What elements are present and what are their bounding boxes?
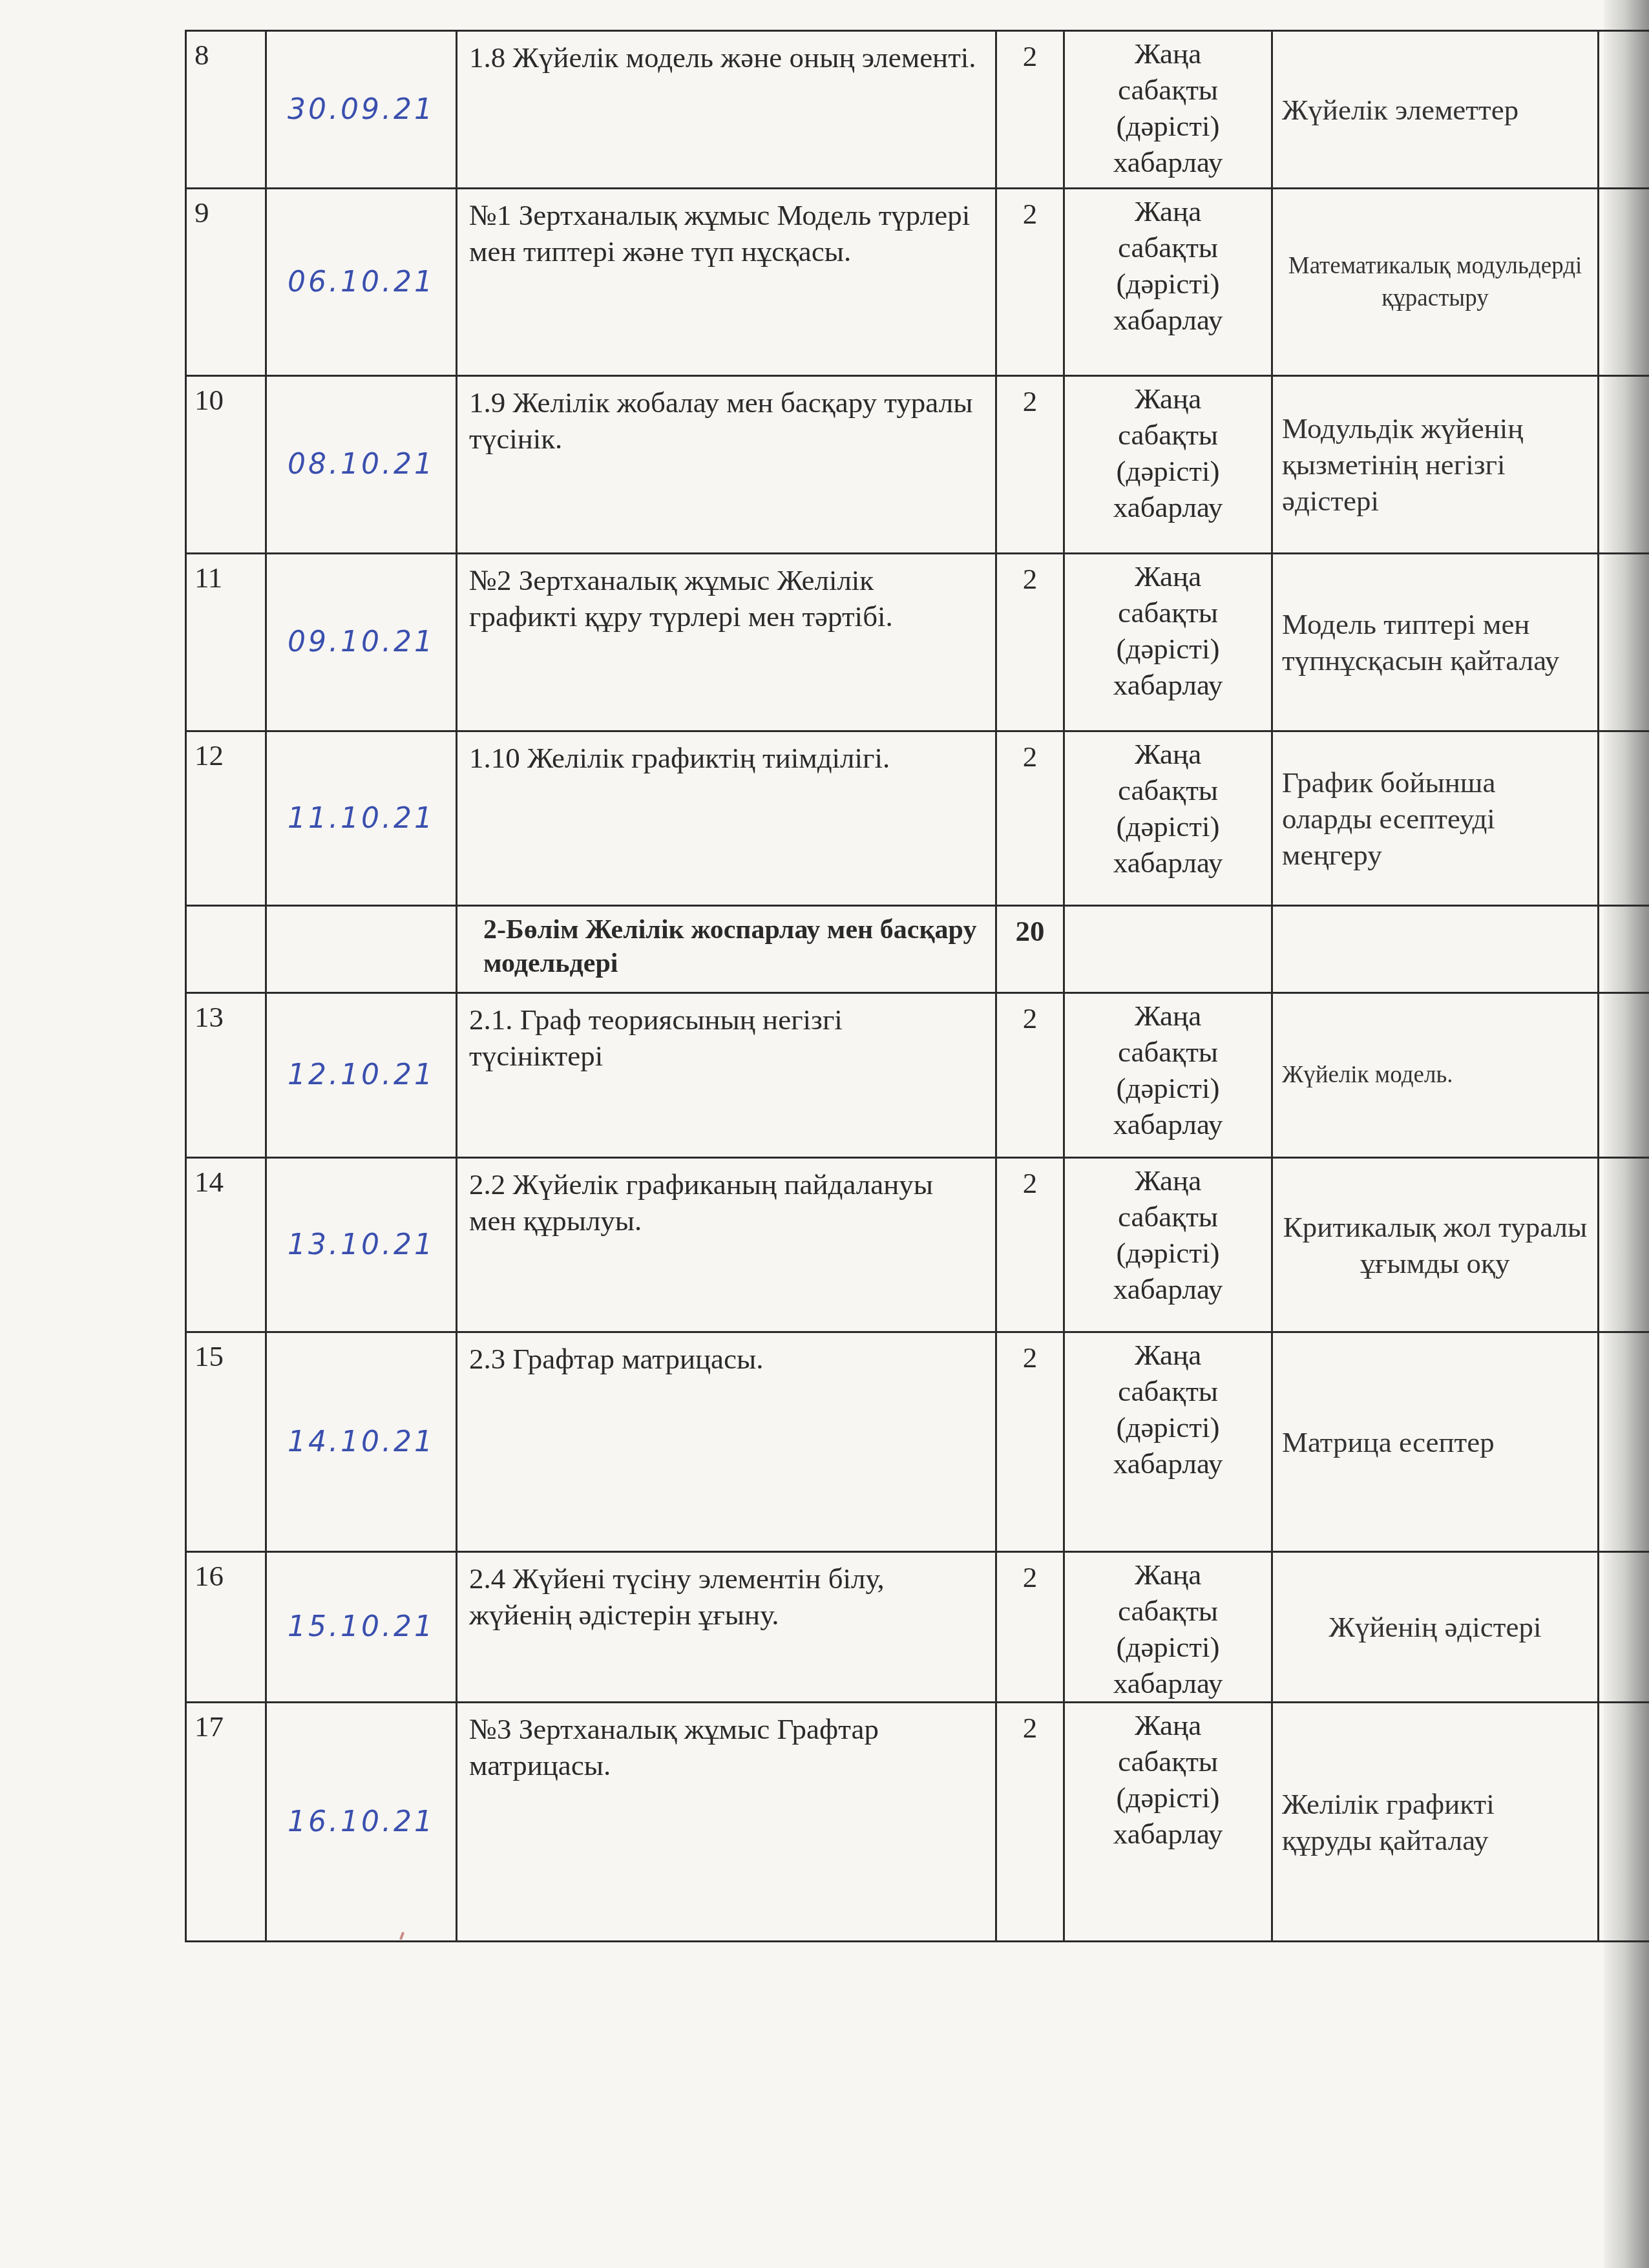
lesson-number: 8 <box>186 31 266 189</box>
table-row: 1211.10.211.10 Желілік графиктің тиімділ… <box>186 731 1649 906</box>
teaching-method: Жаңасабақты(дәрісті)хабарлау <box>1064 1332 1272 1552</box>
lesson-topic: 1.9 Желілік жобалау мен басқару туралы т… <box>457 376 996 554</box>
independent-task: Жүйелік элеметтер <box>1272 31 1599 189</box>
teaching-method: Жаңасабақты(дәрісті)хабарлау <box>1064 554 1272 731</box>
table-row: 1413.10.212.2 Жүйелік графиканың пайдала… <box>186 1158 1649 1332</box>
lesson-topic: 1.8 Жүйелік модель және оның элементі. <box>457 31 996 189</box>
empty-extra-cell <box>1599 1158 1649 1332</box>
method-line: сабақты <box>1065 1199 1271 1235</box>
hours-count: 2 <box>996 189 1064 376</box>
handwritten-date: 11.10.21 <box>266 731 457 906</box>
hours-count: 2 <box>996 1158 1064 1332</box>
lesson-number: 12 <box>186 731 266 906</box>
hours-count: 2 <box>996 731 1064 906</box>
handwritten-date: 06.10.21 <box>266 189 457 376</box>
independent-task: Критикалық жол туралы ұғымды оқу <box>1272 1158 1599 1332</box>
table-row: 1514.10.212.3 Графтар матрицасы.2Жаңасаб… <box>186 1332 1649 1552</box>
teaching-method: Жаңасабақты(дәрісті)хабарлау <box>1064 1158 1272 1332</box>
method-line: (дәрісті) <box>1065 1629 1271 1665</box>
method-line: (дәрісті) <box>1065 808 1271 845</box>
empty-cell <box>1064 906 1272 993</box>
independent-task: Математикалық модульдерді құрастыру <box>1272 189 1599 376</box>
method-line: сабақты <box>1065 594 1271 631</box>
method-line: сабақты <box>1065 72 1271 108</box>
table-row: 906.10.21№1 Зертханалық жұмыс Модель түр… <box>186 189 1649 376</box>
lesson-topic: №2 Зертханалық жұмыс Желілік графикті құ… <box>457 554 996 731</box>
lesson-number: 17 <box>186 1703 266 1942</box>
syllabus-table: 830.09.211.8 Жүйелік модель және оның эл… <box>185 30 1649 1942</box>
method-line: сабақты <box>1065 1034 1271 1070</box>
method-line: (дәрісті) <box>1065 108 1271 144</box>
section-header-row: 2-Бөлім Желілік жоспарлау мен басқару мо… <box>186 906 1649 993</box>
method-line: хабарлау <box>1065 302 1271 338</box>
method-line: (дәрісті) <box>1065 1235 1271 1271</box>
empty-cell <box>266 906 457 993</box>
method-line: хабарлау <box>1065 667 1271 703</box>
lesson-number: 15 <box>186 1332 266 1552</box>
empty-extra-cell <box>1599 554 1649 731</box>
hours-count: 2 <box>996 554 1064 731</box>
lesson-number: 13 <box>186 993 266 1158</box>
empty-extra-cell <box>1599 1552 1649 1703</box>
independent-task: Жүйелік модель. <box>1272 993 1599 1158</box>
lesson-number: 10 <box>186 376 266 554</box>
teaching-method: Жаңасабақты(дәрісті)хабарлау <box>1064 1703 1272 1942</box>
method-line: (дәрісті) <box>1065 453 1271 489</box>
independent-task: Модель типтері мен түпнұсқасын қайталау <box>1272 554 1599 731</box>
table-row: 1716.10.21№3 Зертханалық жұмыс Графтар м… <box>186 1703 1649 1942</box>
independent-task: Матрица есептер <box>1272 1332 1599 1552</box>
teaching-method: Жаңасабақты(дәрісті)хабарлау <box>1064 376 1272 554</box>
method-line: хабарлау <box>1065 1665 1271 1701</box>
method-line: (дәрісті) <box>1065 631 1271 667</box>
teaching-method: Жаңасабақты(дәрісті)хабарлау <box>1064 731 1272 906</box>
lesson-topic: 2.2 Жүйелік графиканың пайдалануы мен құ… <box>457 1158 996 1332</box>
lesson-number: 11 <box>186 554 266 731</box>
hours-count: 2 <box>996 1332 1064 1552</box>
method-line: Жаңа <box>1065 1337 1271 1373</box>
empty-extra-cell <box>1599 189 1649 376</box>
method-line: сабақты <box>1065 1373 1271 1409</box>
independent-task: Модульдік жүйенің қызметінің негізгі әді… <box>1272 376 1599 554</box>
handwritten-date: 08.10.21 <box>266 376 457 554</box>
handwritten-date: 13.10.21 <box>266 1158 457 1332</box>
method-line: Жаңа <box>1065 736 1271 772</box>
handwritten-date: 14.10.21 <box>266 1332 457 1552</box>
method-line: Жаңа <box>1065 558 1271 594</box>
method-line: Жаңа <box>1065 193 1271 229</box>
independent-task: График бойынша оларды есептеуді меңгеру <box>1272 731 1599 906</box>
method-line: хабарлау <box>1065 144 1271 180</box>
lesson-number: 14 <box>186 1158 266 1332</box>
lesson-number: 9 <box>186 189 266 376</box>
empty-extra-cell <box>1599 993 1649 1158</box>
handwritten-date: 16.10.21 <box>266 1703 457 1942</box>
section-title: 2-Бөлім Желілік жоспарлау мен басқару мо… <box>457 906 996 993</box>
lesson-topic: 1.10 Желілік графиктің тиімділігі. <box>457 731 996 906</box>
method-line: сабақты <box>1065 772 1271 808</box>
hours-count: 2 <box>996 1552 1064 1703</box>
method-line: Жаңа <box>1065 1557 1271 1593</box>
method-line: (дәрісті) <box>1065 1070 1271 1106</box>
independent-task: Желілік графикті құруды қайталау <box>1272 1703 1599 1942</box>
lesson-topic: 2.1. Граф теориясының негізгі түсініктер… <box>457 993 996 1158</box>
lesson-topic: 2.3 Графтар матрицасы. <box>457 1332 996 1552</box>
method-line: хабарлау <box>1065 1445 1271 1482</box>
method-line: хабарлау <box>1065 1271 1271 1307</box>
empty-cell <box>1272 906 1599 993</box>
lesson-topic: №1 Зертханалық жұмыс Модель түрлері мен … <box>457 189 996 376</box>
handwritten-date: 09.10.21 <box>266 554 457 731</box>
method-line: Жаңа <box>1065 1162 1271 1199</box>
method-line: хабарлау <box>1065 1106 1271 1142</box>
empty-cell <box>186 906 266 993</box>
empty-extra-cell <box>1599 731 1649 906</box>
table-row: 830.09.211.8 Жүйелік модель және оның эл… <box>186 31 1649 189</box>
method-line: Жаңа <box>1065 36 1271 72</box>
method-line: сабақты <box>1065 229 1271 266</box>
method-line: Жаңа <box>1065 1707 1271 1743</box>
method-line: сабақты <box>1065 1593 1271 1629</box>
method-line: (дәрісті) <box>1065 266 1271 302</box>
teaching-method: Жаңасабақты(дәрісті)хабарлау <box>1064 1552 1272 1703</box>
method-line: сабақты <box>1065 417 1271 453</box>
hours-count: 2 <box>996 31 1064 189</box>
hours-count: 2 <box>996 1703 1064 1942</box>
teaching-method: Жаңасабақты(дәрісті)хабарлау <box>1064 993 1272 1158</box>
empty-extra-cell <box>1599 1703 1649 1942</box>
empty-extra-cell <box>1599 1332 1649 1552</box>
empty-extra-cell <box>1599 376 1649 554</box>
method-line: сабақты <box>1065 1743 1271 1780</box>
method-line: хабарлау <box>1065 845 1271 881</box>
teaching-method: Жаңасабақты(дәрісті)хабарлау <box>1064 31 1272 189</box>
method-line: хабарлау <box>1065 1816 1271 1852</box>
hours-count: 2 <box>996 376 1064 554</box>
hours-count: 2 <box>996 993 1064 1158</box>
lesson-number: 16 <box>186 1552 266 1703</box>
empty-extra-cell <box>1599 31 1649 189</box>
method-line: (дәрісті) <box>1065 1780 1271 1816</box>
handwritten-date: 12.10.21 <box>266 993 457 1158</box>
method-line: (дәрісті) <box>1065 1409 1271 1445</box>
table-row: 1615.10.212.4 Жүйені түсіну элементін бі… <box>186 1552 1649 1703</box>
table-row: 1008.10.211.9 Желілік жобалау мен басқар… <box>186 376 1649 554</box>
lesson-topic: №3 Зертханалық жұмыс Графтар матрицасы. <box>457 1703 996 1942</box>
teaching-method: Жаңасабақты(дәрісті)хабарлау <box>1064 189 1272 376</box>
table-row: 1109.10.21№2 Зертханалық жұмыс Желілік г… <box>186 554 1649 731</box>
lesson-topic: 2.4 Жүйені түсіну элементін білу, жүйені… <box>457 1552 996 1703</box>
section-hours: 20 <box>996 906 1064 993</box>
empty-cell <box>1599 906 1649 993</box>
independent-task: Жүйенің әдістері <box>1272 1552 1599 1703</box>
handwritten-date: 30.09.21 <box>266 31 457 189</box>
method-line: Жаңа <box>1065 381 1271 417</box>
handwritten-date: 15.10.21 <box>266 1552 457 1703</box>
method-line: хабарлау <box>1065 489 1271 525</box>
table-row: 1312.10.212.1. Граф теориясының негізгі … <box>186 993 1649 1158</box>
method-line: Жаңа <box>1065 998 1271 1034</box>
